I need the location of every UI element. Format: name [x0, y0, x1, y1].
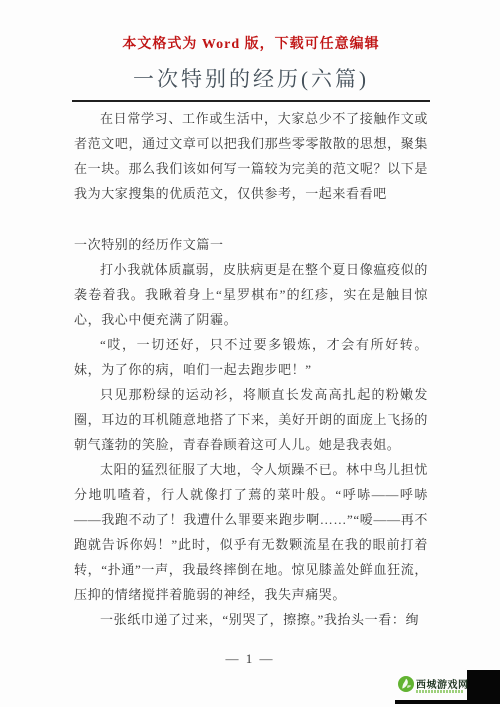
- site-logo-text: 西城游戏网: [416, 676, 469, 691]
- essay-paragraph: “哎，一切还好，只不过要多锻炼，才会有所好转。妹，为了你的病，咱们一起去跑步吧！…: [74, 332, 428, 382]
- title-divider: [72, 100, 430, 102]
- site-logo-tagline: [416, 690, 464, 693]
- site-logo: 西城游戏网: [395, 670, 467, 700]
- format-notice: 本文格式为 Word 版，下载可任意编辑: [74, 33, 428, 53]
- intro-paragraph: 在日常学习、工作或生活中，大家总少不了接触作文或者范文吧，通过文章可以把我们那些…: [74, 106, 428, 206]
- essay-paragraph: 打小我就体质羸弱，皮肤病更是在整个夏日像瘟疫似的袭卷着我。我瞅着身上“星罗棋布”…: [74, 257, 428, 332]
- essay-paragraph: 太阳的猛烈征服了大地，令人烦躁不已。林中鸟儿担忧分地叽喳着，行人就像打了蔫的菜叶…: [74, 457, 428, 607]
- document-page: 本文格式为 Word 版，下载可任意编辑 一次特别的经历(六篇) 在日常学习、工…: [0, 0, 500, 707]
- page-number: — 1 —: [0, 651, 500, 667]
- document-title: 一次特别的经历(六篇): [74, 63, 428, 93]
- essay-paragraph: 一张纸巾递了过来，“别哭了，擦擦。”我抬头一看：绚: [74, 607, 428, 632]
- document-content: 本文格式为 Word 版，下载可任意编辑 一次特别的经历(六篇) 在日常学习、工…: [0, 33, 500, 632]
- essay-paragraph: 只见那粉绿的运动衫，将顺直长发高高扎起的粉嫩发圈，耳边的耳机随意地搭了下来，美好…: [74, 382, 428, 457]
- section-heading: 一次特别的经历作文篇一: [74, 232, 428, 257]
- site-watermark: 西城游戏网: [395, 670, 500, 704]
- leaf-logo-icon: [398, 676, 414, 692]
- essay-paragraphs: 打小我就体质羸弱，皮肤病更是在整个夏日像瘟疫似的袭卷着我。我瞅着身上“星罗棋布”…: [74, 257, 428, 632]
